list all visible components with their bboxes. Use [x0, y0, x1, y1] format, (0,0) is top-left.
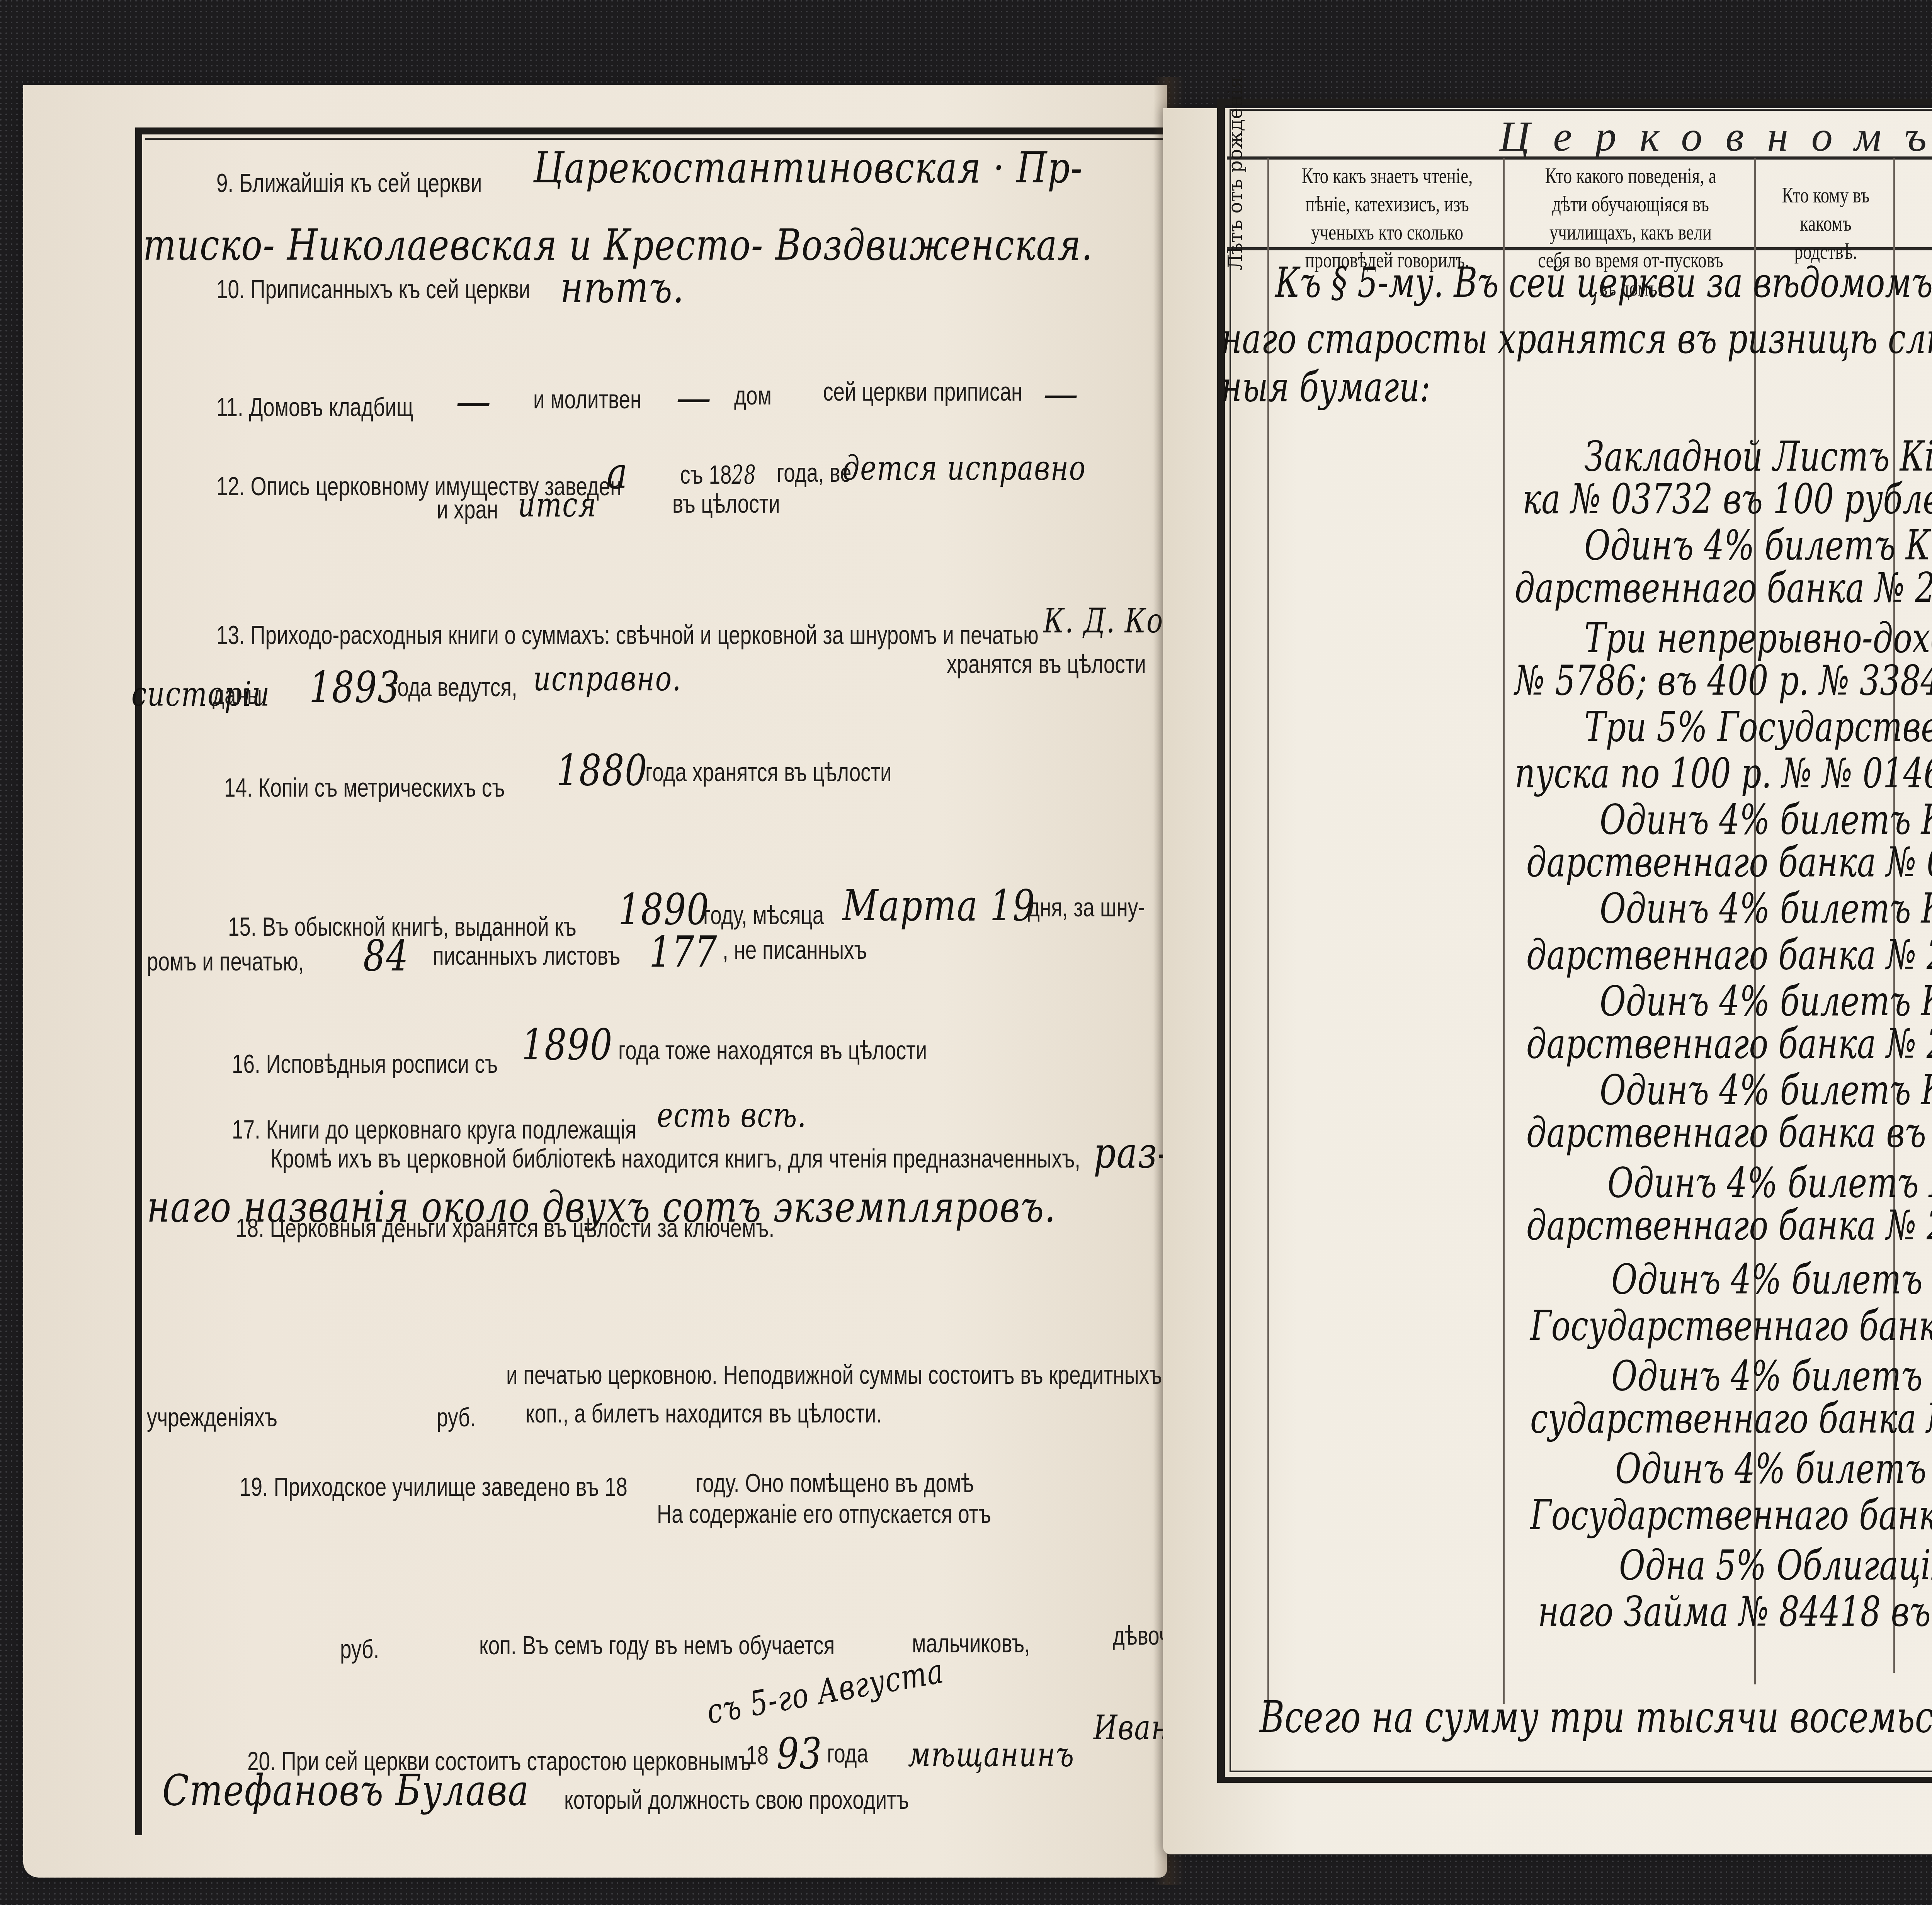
item-11-blank-3: — — [1043, 369, 1079, 418]
item-13-text-2: хранятся въ цѣлости — [947, 649, 1146, 679]
item-20-surname: Стефановъ Булава — [162, 1766, 529, 1815]
securities-line: дарственнаго банка № 2067 въ 200 р. — [1526, 931, 1932, 979]
item-20-year-prefix: 18 — [746, 1740, 769, 1771]
item-14-label: 14. Копіи съ метрическихъ съ — [224, 773, 505, 803]
item-12-year: съ 1828 — [680, 460, 756, 490]
securities-line: ка № 03732 въ 100 рублей. — [1522, 475, 1932, 523]
securities-line: пуска по 100 р. № № 014655, 014656 и 014… — [1515, 749, 1932, 797]
column-header-penalties: Кто когда былъ штрафованъ или не состоял… — [1928, 170, 1932, 254]
securities-line: Къ § 5-му. Въ сей церкви за вѣдомомъ при… — [1275, 259, 1932, 306]
securities-line: дарственнаго банка № 02050 въ 125 рублей… — [1526, 838, 1932, 886]
securities-line: Три 5% Государственныхъ билета втораго в… — [1584, 703, 1932, 751]
item-10-handwritten: нѣтъ. — [560, 263, 685, 312]
total-sum-line: Всего на сумму три тысячи восемьсотъ шес… — [1260, 1692, 1932, 1742]
item-12-text-5: въ цѣлости — [672, 489, 780, 519]
item-11-blank-1: — — [456, 377, 492, 426]
column-header-age: Лѣтъ отъ рожденія. — [1225, 162, 1267, 274]
item-18-text-5: коп., а билетъ находится въ цѣлости. — [526, 1399, 882, 1429]
securities-line: наго Займа № 84418 въ 100 рублей. — [1538, 1588, 1932, 1635]
item-15-text-6: , не писанныхъ — [723, 935, 867, 965]
item-20-text-2: года — [827, 1738, 868, 1769]
securities-line: Одна 5% Облигація третьяго Восточ- — [1619, 1541, 1932, 1589]
item-13-handwritten-3: исправно. — [533, 659, 682, 698]
item-15-blank-count: 177 — [649, 927, 718, 977]
header-rule-top — [1227, 156, 1932, 160]
securities-line: Одинъ 4% билетъ Кіевской Конторы Госу- — [1600, 885, 1932, 932]
securities-line: Одинъ 4% билетъ Кіевской Конторы Госу- — [1600, 1066, 1932, 1114]
item-19-text-2: году. Оно помѣщено въ домѣ — [696, 1468, 974, 1498]
securities-line: Одинъ 4% билетъ Кіевской Конторы Госу- — [1600, 977, 1932, 1025]
item-9-label: 9. Ближайшія къ сей церкви — [216, 168, 482, 198]
item-16-text-2: года тоже находятся въ цѣлости — [618, 1035, 927, 1066]
item-15-year: 1890 — [618, 885, 709, 934]
item-15-written-count: 84 — [363, 931, 409, 981]
item-20-year: 93 — [777, 1729, 822, 1778]
item-12-text-4: и хран — [437, 495, 498, 525]
item-12-handwritten-2: дется исправно — [842, 448, 1086, 488]
item-20-status: мѣщанинъ — [908, 1735, 1075, 1774]
item-11-text-4: сей церкви приписан — [823, 377, 1022, 407]
item-14-text-2: года хранятся въ цѣлости — [645, 757, 892, 787]
column-header-kinship: Кто кому въ какомъ родствѣ. — [1775, 182, 1877, 266]
securities-line: дарственнаго банка въ 500 р. № 2198. — [1526, 1109, 1932, 1156]
securities-line: ныя бумаги: — [1221, 363, 1430, 411]
item-12-text-3: года, ве — [777, 458, 852, 488]
item-11-text-2: и молитвен — [533, 384, 641, 415]
securities-line: дарственнаго банка № 2209 на сумму 100 р… — [1515, 564, 1932, 612]
item-17-label: 17. Книги до церковнаго круга подлежащія — [232, 1115, 636, 1145]
item-17-handwritten-1: есть всѣ. — [657, 1095, 807, 1135]
item-15-date: Марта 19 — [842, 881, 1036, 930]
securities-line: дарственнаго банка № 2253 въ 200 р. — [1526, 1201, 1932, 1249]
item-11-text-3: дом — [734, 381, 772, 411]
item-19-label: 19. Приходское училище заведено въ 18 — [240, 1472, 628, 1502]
item-9-handwritten-cont: тиско- Николаевская и Кресто- Воздвиженс… — [143, 220, 1093, 270]
item-15-text-5: писанныхъ листовъ — [433, 941, 620, 971]
securities-line: Государственнаго банка № 2322 въ 100 р. — [1530, 1302, 1932, 1349]
securities-line: Одинъ 4% билетъ Кіевской Конторы Госу- — [1607, 1159, 1932, 1207]
item-18-text-3: учрежденіяхъ — [147, 1402, 277, 1433]
securities-line: наго старосты хранятся въ ризницѣ слѣдую… — [1221, 315, 1932, 362]
securities-line: № 5786; въ 400 р. № 3384; въ 35 р. № 170… — [1515, 657, 1932, 704]
item-16-label: 16. Исповѣдныя росписи съ — [232, 1049, 498, 1079]
securities-line: Одинъ 4% билетъ Кіевской Конторы — [1615, 1445, 1932, 1492]
item-9-handwritten: Царекостантиновская · Пр- — [533, 143, 1083, 192]
item-12-handwritten-3: ится — [518, 485, 597, 525]
securities-line: Одинъ 4% билетъ Кіевской Конторы Госу- — [1584, 522, 1932, 569]
securities-line: дарственнаго банка № 2184 въ 10 рублей. — [1526, 1020, 1932, 1067]
item-18-text-2: и печатью церковною. Неподвижной суммы с… — [506, 1360, 1162, 1390]
item-18-text-4: руб. — [437, 1402, 476, 1433]
item-13-year: 1893 — [309, 663, 400, 712]
securities-line: Одинъ 4% билетъ Кіевской Конторы — [1611, 1256, 1932, 1303]
item-19-text-4: руб. — [340, 1634, 379, 1664]
securities-line: сударственнаго банка № 2359 въ 200 р. — [1530, 1395, 1932, 1442]
securities-line: Государственнаго банка № 02354 въ 100 р. — [1530, 1491, 1932, 1539]
item-16-year: 1890 — [522, 1020, 613, 1069]
item-10-label: 10. Приписанныхъ къ сей церкви — [216, 274, 530, 304]
right-page-title: Церковномъ. — [1499, 112, 1932, 161]
item-20-text-3: который должность свою проходитъ — [564, 1785, 909, 1815]
column-divider-2 — [1503, 158, 1505, 1704]
item-15-text-2: году, мѣсяца — [703, 900, 824, 930]
item-12-handwritten-1: а — [607, 448, 628, 498]
item-19-text-5: коп. Въ семъ году въ немъ обучается — [479, 1630, 835, 1660]
item-18-label: 18. Церковныя деньги хранятся въ цѣлости… — [236, 1213, 774, 1243]
securities-line: Закладной Листъ Кіевскаго Земельнаго Бан… — [1584, 433, 1932, 480]
item-15-text-4: ромъ и печатью, — [147, 947, 304, 977]
item-17-text-2: Кромѣ ихъ въ церковной библіотекѣ находи… — [270, 1144, 1080, 1174]
column-header-knowledge: Кто какъ знаетъ чтеніе, пѣніе, катехизис… — [1298, 162, 1477, 275]
securities-line: Одинъ 4% билетъ Кіевской Конторы Госу- — [1600, 796, 1932, 843]
securities-line: Одинъ 4% билетъ Кіевской Конторы Го- — [1611, 1352, 1932, 1400]
item-14-year: 1880 — [556, 746, 648, 795]
item-11-label: 11. Домовъ кладбищ — [216, 392, 413, 422]
item-13-text-4: года ведутся, — [390, 672, 517, 702]
item-13-label: 13. Приходо-расходныя книги о суммахъ: с… — [216, 620, 1039, 650]
item-13-text-3: даны — [213, 680, 262, 710]
item-15-text-3: дня, за шну- — [1028, 892, 1145, 923]
item-19-text-3: На содержаніе его отпускается отъ — [657, 1499, 991, 1529]
securities-line: Три непрерывно-доходныхъ билета: а въ 13… — [1584, 614, 1932, 662]
item-11-blank-2: — — [676, 373, 712, 422]
